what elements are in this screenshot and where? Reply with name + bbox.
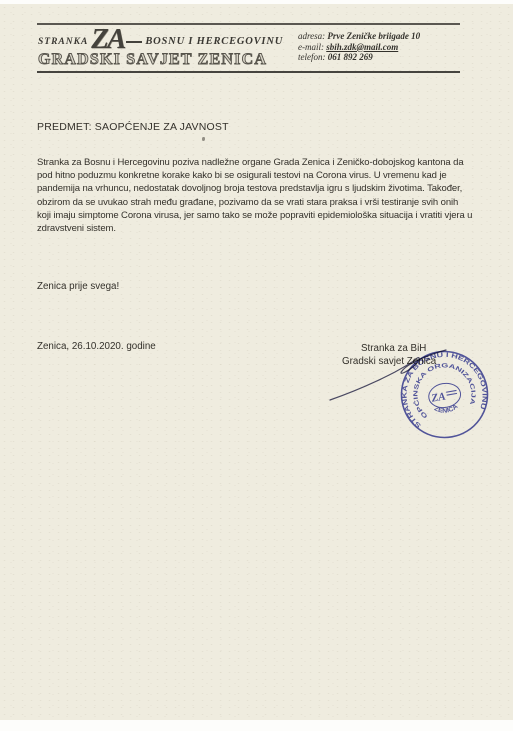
contact-phone-row: telefon: 061 892 269 xyxy=(298,52,420,63)
subject-line: PREDMET: SAOPĆENJE ZA JAVNOST xyxy=(37,121,229,133)
party-prefix: STRANKA xyxy=(38,37,88,50)
email-value: sbih.zdk@mail.com xyxy=(326,42,398,52)
phone-value: 061 892 269 xyxy=(328,52,373,62)
letterhead-bottom-rule xyxy=(37,71,460,73)
email-label: e-mail: xyxy=(298,42,324,52)
org-name: GRADSKI SAVJET ZENICA xyxy=(38,51,283,69)
date-line: Zenica, 26.10.2020. godine xyxy=(37,341,156,352)
address-label: adresa: xyxy=(298,31,325,41)
contact-address-row: adresa: Prve Zeničke briigade 10 xyxy=(298,31,420,42)
letterhead: STRANKA ZA BOSNU I HERCEGOVINU GRADSKI S… xyxy=(38,26,283,69)
document-page: STRANKA ZA BOSNU I HERCEGOVINU GRADSKI S… xyxy=(0,0,513,731)
stamp-center-logo: ZA xyxy=(430,390,447,404)
party-suffix: BOSNU I HERCEGOVINU xyxy=(145,36,283,50)
phone-label: telefon: xyxy=(298,52,326,62)
slogan-line: Zenica prije svega! xyxy=(37,281,119,292)
stamp-micro-text xyxy=(447,393,458,396)
logo-bar xyxy=(126,41,142,44)
contact-email-row: e-mail: sbih.zdk@mail.com xyxy=(298,42,420,53)
stamp-outer-ring-text: STRANKA ZA BOSNU I HERCEGOVINU xyxy=(397,347,492,431)
party-logo-za: ZA xyxy=(91,28,124,50)
stamp-micro-text xyxy=(446,390,457,393)
party-name-line: STRANKA ZA BOSNU I HERCEGOVINU xyxy=(38,26,283,50)
body-paragraph: Stranka za Bosnu i Hercegovinu poziva na… xyxy=(37,156,474,235)
address-value: Prve Zeničke briigade 10 xyxy=(327,31,420,41)
official-round-stamp: STRANKA ZA BOSNU I HERCEGOVINU OPĆINSKA … xyxy=(397,347,492,442)
contact-block: adresa: Prve Zeničke briigade 10 e-mail:… xyxy=(298,31,420,63)
